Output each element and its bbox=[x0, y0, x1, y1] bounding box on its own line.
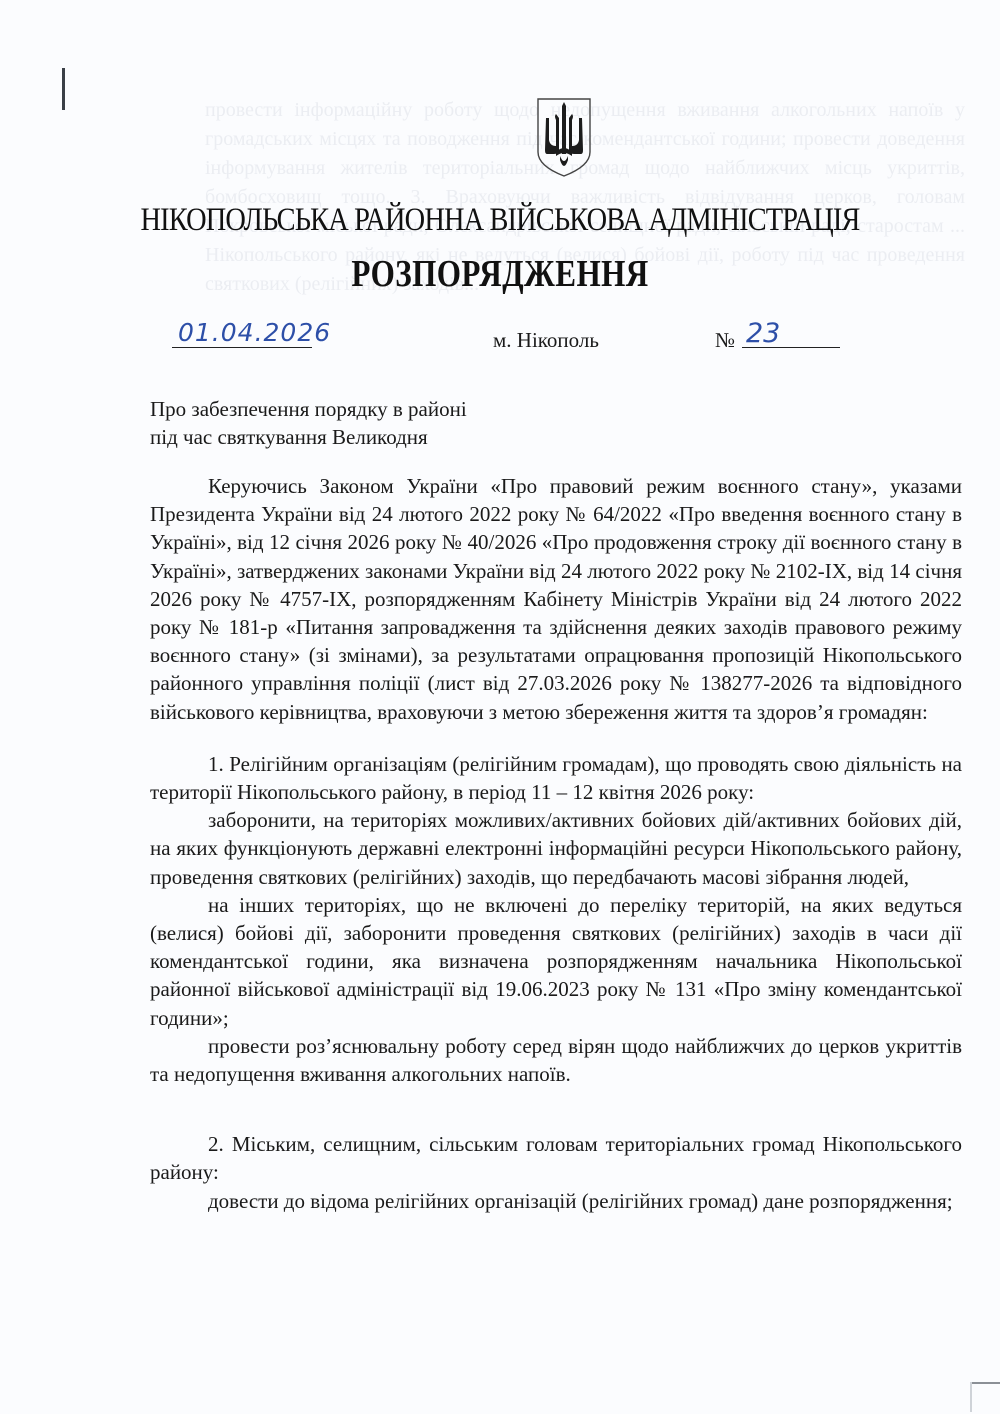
date-underline bbox=[172, 347, 312, 348]
item-1-prohibit-curfew: на інших територіях, що не включені до п… bbox=[150, 891, 962, 1032]
preamble-paragraph: Керуючись Законом України «Про правовий … bbox=[150, 472, 962, 726]
document-page: провести інформаційну роботу щодо недопу… bbox=[0, 0, 1000, 1414]
page-corner-mark-vertical bbox=[970, 1382, 972, 1412]
item-1-intro: 1. Релігійним організаціям (релігійним г… bbox=[150, 750, 962, 806]
item-1-explanatory-work: провести роз’яснювальну роботу серед вір… bbox=[150, 1032, 962, 1088]
item-2-intro: 2. Міським, селищним, сільським головам … bbox=[150, 1130, 962, 1186]
item-2-inform: довести до відома релігійних організацій… bbox=[150, 1187, 962, 1215]
document-type-title: РОЗПОРЯДЖЕННЯ bbox=[90, 252, 910, 296]
document-number: 23 bbox=[746, 318, 780, 349]
margin-mark bbox=[62, 68, 65, 110]
document-body: Керуючись Законом України «Про правовий … bbox=[150, 472, 962, 1215]
document-date: 01.04.2026 bbox=[178, 318, 331, 347]
coat-of-arms-icon bbox=[534, 96, 594, 178]
page-corner-mark bbox=[970, 1382, 1000, 1384]
document-subject: Про забезпечення порядку в районі під ча… bbox=[150, 395, 467, 451]
number-underline bbox=[742, 347, 840, 348]
number-label: № bbox=[715, 328, 735, 353]
subject-line-1: Про забезпечення порядку в районі bbox=[150, 395, 467, 423]
organization-name: НІКОПОЛЬСЬКА РАЙОННА ВІЙСЬКОВА АДМІНІСТР… bbox=[70, 202, 930, 239]
document-city: м. Нікополь bbox=[493, 328, 599, 353]
item-1-prohibit-active-zones: заборонити, на територіях можливих/актив… bbox=[150, 806, 962, 891]
subject-line-2: під час святкування Великодня bbox=[150, 423, 467, 451]
